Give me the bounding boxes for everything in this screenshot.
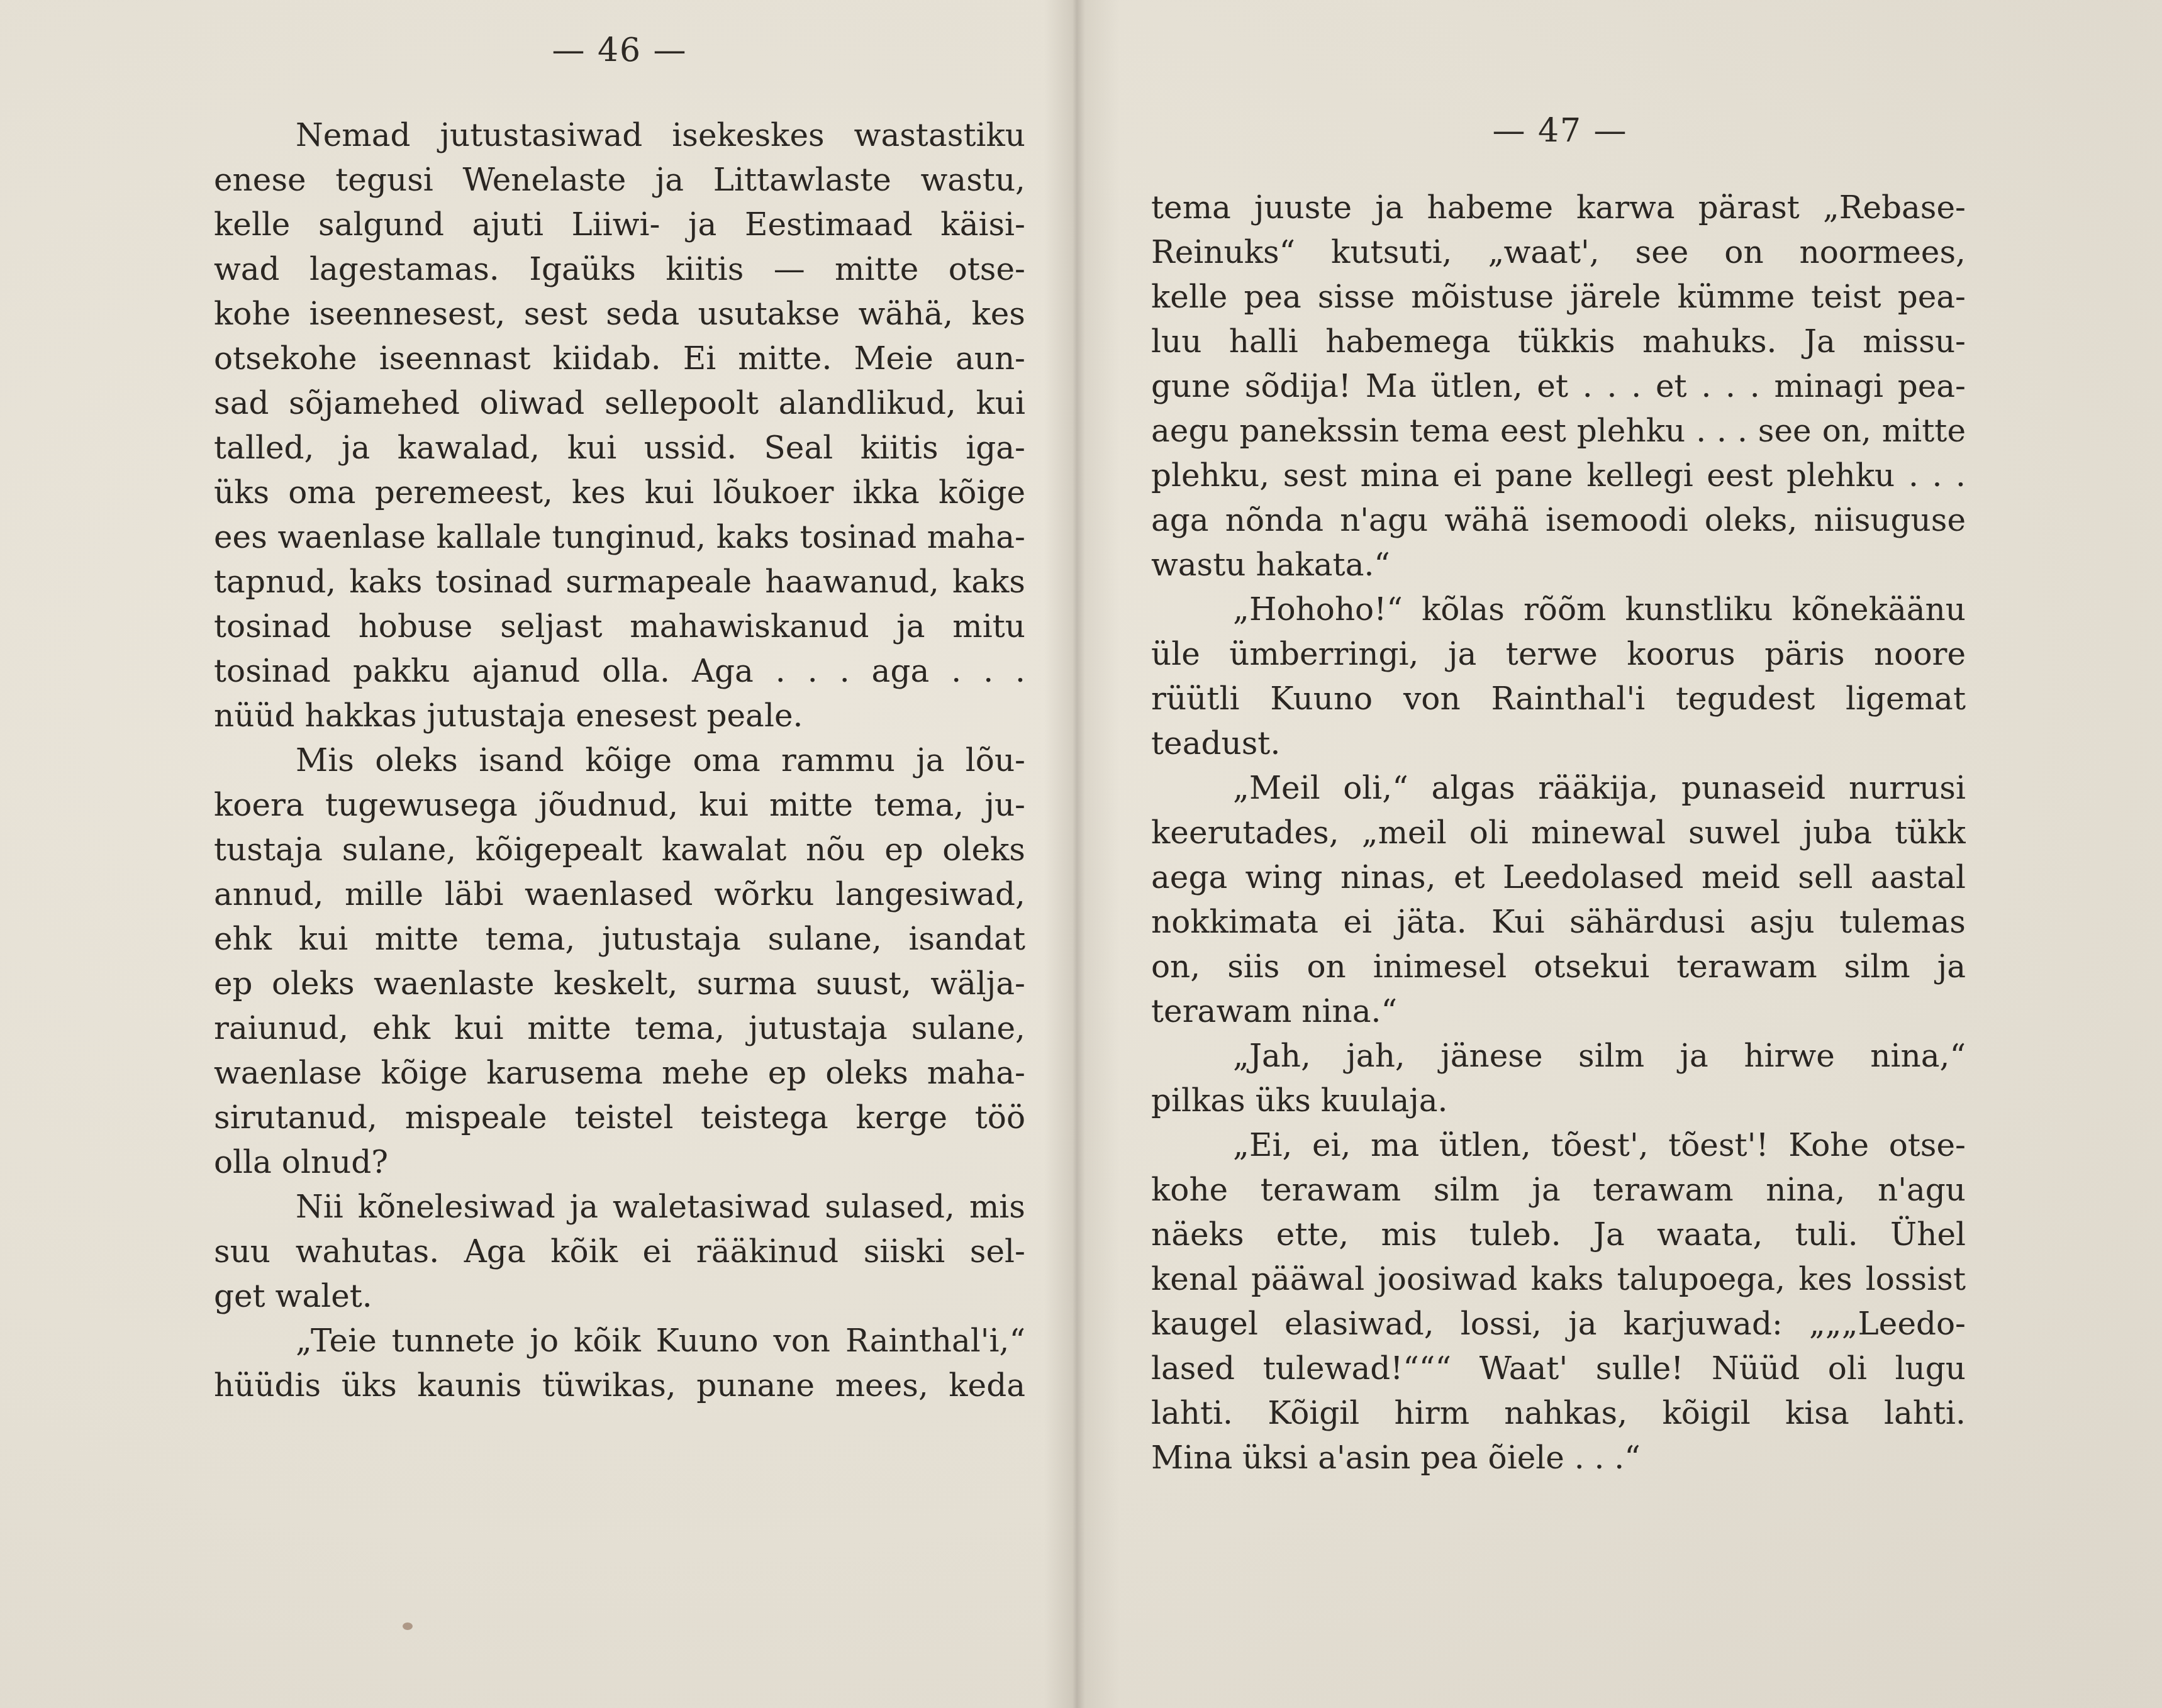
text-line: Mina üksi a'asin pea õiele . . .“ — [1151, 1436, 1966, 1480]
text-line: suu wahutas. Aga kõik ei rääkinud siiski… — [214, 1229, 1025, 1274]
text-line: kaugel elasiwad, lossi, ja karjuwad: „„„… — [1151, 1302, 1966, 1346]
text-line: sirutanud, mispeale teistel teistega ker… — [214, 1095, 1025, 1140]
text-line: tosinad hobuse seljast mahawiskanud ja m… — [214, 604, 1025, 649]
text-line: tapnud, kaks tosinad surmapeale haawanud… — [214, 560, 1025, 604]
text-line: Nii kõnelesiwad ja waletasiwad sulased, … — [214, 1185, 1025, 1229]
text-line: pilkas üks kuulaja. — [1151, 1079, 1966, 1123]
text-line: koera tugewusega jõudnud, kui mitte tema… — [214, 783, 1025, 828]
text-line: tosinad pakku ajanud olla. Aga . . . aga… — [214, 649, 1025, 694]
left-page-text: Nemad jutustasiwad isekeskes wastastikue… — [214, 113, 1025, 1408]
text-line: raiunud, ehk kui mitte tema, jutustaja s… — [214, 1006, 1025, 1051]
text-line: üks oma peremeest, kes kui lõukoer ikka … — [214, 470, 1025, 515]
text-line: plehku, sest mina ei pane kellegi eest p… — [1151, 453, 1966, 498]
text-line: üle ümberringi, ja terwe koorus päris no… — [1151, 632, 1966, 677]
text-line: annud, mille läbi waenlased wõrku langes… — [214, 872, 1025, 917]
paper-stain — [403, 1622, 413, 1630]
left-page: — 46 — Nemad jutustasiwad isekeskes wast… — [0, 0, 1077, 1708]
text-line: wastu hakata.“ — [1151, 543, 1966, 587]
text-line: otsekohe iseennast kiidab. Ei mitte. Mei… — [214, 336, 1025, 381]
text-line: hüüdis üks kaunis tüwikas, punane mees, … — [214, 1363, 1025, 1408]
text-line: on, siis on inimesel otsekui terawam sil… — [1151, 945, 1966, 989]
text-line: Mis oleks isand kõige oma rammu ja lõu- — [214, 738, 1025, 783]
text-line: rüütli Kuuno von Rainthal'i tegudest lig… — [1151, 677, 1966, 721]
text-line: kohe terawam silm ja terawam nina, n'agu — [1151, 1168, 1966, 1212]
text-line: aegu panekssin tema eest plehku . . . se… — [1151, 409, 1966, 453]
text-line: kelle salgund ajuti Liiwi- ja Eestimaad … — [214, 202, 1025, 247]
text-line: teadust. — [1151, 721, 1966, 766]
text-line: get walet. — [214, 1274, 1025, 1319]
text-line: kohe iseennesest, sest seda usutakse wäh… — [214, 292, 1025, 336]
text-line: olla olnud? — [214, 1140, 1025, 1185]
text-line: „Hohoho!“ kõlas rõõm kunstliku kõnekäänu — [1151, 587, 1966, 632]
text-line: nüüd hakkas jutustaja enesest peale. — [214, 694, 1025, 738]
text-line: gune sõdija! Ma ütlen, et . . . et . . .… — [1151, 364, 1966, 409]
text-line: lased tulewad!“““ Waat' sulle! Nüüd oli … — [1151, 1346, 1966, 1391]
text-line: Reinuks“ kutsuti, „waat', see on noormee… — [1151, 230, 1966, 275]
text-line: „Jah, jah, jänese silm ja hirwe nina,“ — [1151, 1034, 1966, 1079]
text-line: waenlase kõige karusema mehe ep oleks ma… — [214, 1051, 1025, 1095]
text-line: talled, ja kawalad, kui ussid. Seal kiit… — [214, 426, 1025, 470]
text-line: Nemad jutustasiwad isekeskes wastastiku — [214, 113, 1025, 158]
page-number-right: — 47 — — [1492, 112, 1627, 150]
text-line: aega wing ninas, et Leedolased meid sell… — [1151, 855, 1966, 900]
text-line: kelle pea sisse mõistuse järele kümme te… — [1151, 275, 1966, 319]
text-line: „Ei, ei, ma ütlen, tõest', tõest'! Kohe … — [1151, 1123, 1966, 1168]
right-page-text: tema juuste ja habeme karwa pärast „Reba… — [1151, 186, 1966, 1480]
text-line: „Meil oli,“ algas rääkija, punaseid nurr… — [1151, 766, 1966, 811]
page-number-left: — 46 — — [552, 31, 687, 69]
text-line: näeks ette, mis tuleb. Ja waata, tuli. Ü… — [1151, 1212, 1966, 1257]
text-line: enese tegusi Wenelaste ja Littawlaste wa… — [214, 158, 1025, 202]
text-line: kenal pääwal joosiwad kaks talupoega, ke… — [1151, 1257, 1966, 1302]
text-line: nokkimata ei jäta. Kui sähärdusi asju tu… — [1151, 900, 1966, 945]
text-line: terawam nina.“ — [1151, 989, 1966, 1034]
text-line: tema juuste ja habeme karwa pärast „Reba… — [1151, 186, 1966, 230]
text-line: lahti. Kõigil hirm nahkas, kõigil kisa l… — [1151, 1391, 1966, 1436]
text-line: aga nõnda n'agu wähä isemoodi oleks, nii… — [1151, 498, 1966, 543]
text-line: ehk kui mitte tema, jutustaja sulane, is… — [214, 917, 1025, 962]
text-line: ees waenlase kallale tunginud, kaks tosi… — [214, 515, 1025, 560]
text-line: tustaja sulane, kõigepealt kawalat nõu e… — [214, 828, 1025, 872]
text-line: „Teie tunnete jo kõik Kuuno von Rainthal… — [214, 1319, 1025, 1363]
text-line: keerutades, „meil oli minewal suwel juba… — [1151, 811, 1966, 855]
text-line: wad lagestamas. Igaüks kiitis — mitte ot… — [214, 247, 1025, 292]
book-spread: — 46 — Nemad jutustasiwad isekeskes wast… — [0, 0, 2162, 1708]
text-line: sad sõjamehed oliwad sellepoolt alandlik… — [214, 381, 1025, 426]
text-line: ep oleks waenlaste keskelt, surma suust,… — [214, 962, 1025, 1006]
text-line: luu halli habemega tükkis mahuks. Ja mis… — [1151, 319, 1966, 364]
right-page: — 47 — tema juuste ja habeme karwa päras… — [1077, 0, 2162, 1708]
